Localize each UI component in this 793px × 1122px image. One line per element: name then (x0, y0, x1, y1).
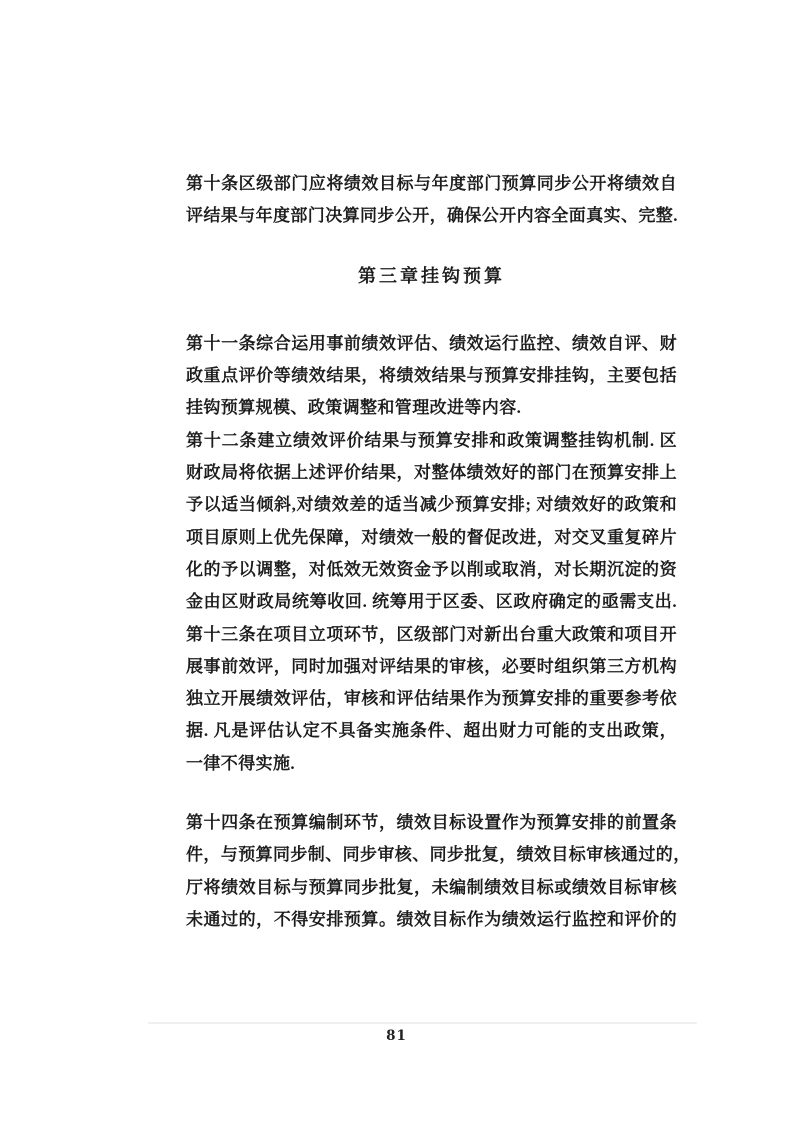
text-line: 第十二条建立绩效评价结果与预算安排和政策调整挂钩机制. 区 (186, 425, 677, 457)
text-line: 第十一条综合运用事前绩效评估、绩效运行监控、绩效自评、财 (186, 328, 677, 360)
footer-divider (148, 1022, 697, 1024)
text-line: 一律不得实施. (186, 748, 677, 780)
page-footer: 81 (0, 1027, 793, 1045)
text-line: 第十三条在项目立项环节，区级部门对新出台重大政策和项目开 (186, 619, 677, 651)
text-line: 金由区财政局统筹收回. 统筹用于区委、区政府确定的亟需支出. (186, 586, 677, 618)
page-body-text: 第十条区级部门应将绩效目标与年度部门预算同步公开将绩效自 评结果与年度部门决算同… (186, 168, 677, 936)
paragraph-article-12: 第十二条建立绩效评价结果与预算安排和政策调整挂钩机制. 区 财政局将依据上述评价… (186, 425, 677, 619)
text-line: 项目原则上优先保障，对绩效一般的督促改进，对交叉重复碎片 (186, 522, 677, 554)
chapter-heading: 第三章挂钩预算 (186, 260, 677, 292)
text-line: 件，与预算同步制、同步审核、同步批复，绩效目标审核通过的， (186, 839, 677, 871)
paragraph-article-11: 第十一条综合运用事前绩效评估、绩效运行监控、绩效自评、财 政重点评价等绩效结果，… (186, 328, 677, 425)
paragraph-article-13: 第十三条在项目立项环节，区级部门对新出台重大政策和项目开 展事前效评，同时加强对… (186, 619, 677, 780)
text-line: 政重点评价等绩效结果，将绩效结果与预算安排挂钩，主要包括 (186, 360, 677, 392)
text-line: 第十条区级部门应将绩效目标与年度部门预算同步公开将绩效自 (186, 168, 677, 200)
paragraph-article-14: 第十四条在预算编制环节，绩效目标设置作为预算安排的前置条 件，与预算同步制、同步… (186, 807, 677, 936)
text-line: 第十四条在预算编制环节，绩效目标设置作为预算安排的前置条 (186, 807, 677, 839)
document-page: 第十条区级部门应将绩效目标与年度部门预算同步公开将绩效自 评结果与年度部门决算同… (0, 0, 793, 1122)
text-line: 厅将绩效目标与预算同步批复，未编制绩效目标或绩效目标审核 (186, 872, 677, 904)
text-line: 化的予以调整，对低效无效资金予以削或取消，对长期沉淀的资 (186, 554, 677, 586)
page-number: 81 (386, 1028, 407, 1044)
text-line: 评结果与年度部门决算同步公开，确保公开内容全面真实、完整. (186, 200, 677, 232)
text-line: 予以适当倾斜,对绩效差的适当减少预算安排; 对绩效好的政策和 (186, 489, 677, 521)
text-line: 未通过的，不得安排预算。绩效目标作为绩效运行监控和评价的 (186, 904, 677, 936)
text-line: 据. 凡是评估认定不具备实施条件、超出财力可能的支出政策， (186, 715, 677, 747)
paragraph-article-10: 第十条区级部门应将绩效目标与年度部门预算同步公开将绩效自 评结果与年度部门决算同… (186, 168, 677, 233)
text-line: 挂钩预算规模、政策调整和管理改进等内容. (186, 392, 677, 424)
text-line: 财政局将依据上述评价结果，对整体绩效好的部门在预算安排上 (186, 457, 677, 489)
text-line: 独立开展绩效评估，审核和评估结果作为预算安排的重要参考依 (186, 683, 677, 715)
text-line: 展事前效评，同时加强对评结果的审核，必要时组织第三方机构 (186, 651, 677, 683)
